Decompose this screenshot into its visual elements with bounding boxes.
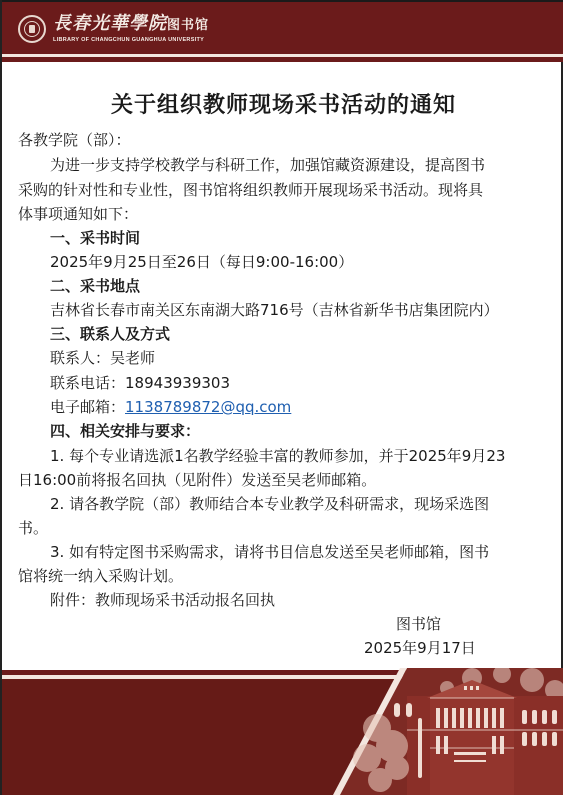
contact-phone: 联系电话：18943939303 xyxy=(50,373,230,393)
library-logo: 長春光華學院图书馆 LIBRARY OF CHANGCHUN GUANGHUA … xyxy=(18,14,209,43)
requirement-1-line-1: 1. 每个专业请选派1名教学经验丰富的教师参加，并于2025年9月23 xyxy=(50,446,505,466)
section-heading-time: 一、采书时间 xyxy=(50,228,140,248)
contact-email: 电子邮箱：1138789872@qq.com xyxy=(50,397,291,417)
section-heading-requirements: 四、相关安排与要求： xyxy=(50,421,200,441)
attachment-note: 附件：教师现场采书活动报名回执 xyxy=(50,590,275,610)
purchase-time: 2025年9月25日至26日（每日9:00-16:00） xyxy=(50,252,353,272)
purchase-location: 吉林省长春市南关区东南湖大路716号（吉林省新华书店集团院内） xyxy=(50,300,499,320)
requirement-3-line-2: 馆将统一纳入采购计划。 xyxy=(18,566,183,586)
footer-banner xyxy=(2,668,563,795)
requirement-3-line-1: 3. 如有特定图书采购需求，请将书目信息发送至吴老师邮箱，图书 xyxy=(50,542,489,562)
requirement-2-line-1: 2. 请各教学院（部）教师结合本专业教学及科研需求，现场采选图 xyxy=(50,494,489,514)
intro-line-2: 采购的针对性和专业性，图书馆将组织教师开展现场采书活动。现将具 xyxy=(18,180,483,200)
library-header-banner: 長春光華學院图书馆 LIBRARY OF CHANGCHUN GUANGHUA … xyxy=(2,0,563,54)
contact-person: 联系人：吴老师 xyxy=(50,348,155,368)
email-link[interactable]: 1138789872@qq.com xyxy=(125,398,291,416)
notice-page: 長春光華學院图书馆 LIBRARY OF CHANGCHUN GUANGHUA … xyxy=(0,0,563,795)
logo-chinese-name: 長春光華學院图书馆 xyxy=(53,14,209,36)
section-heading-location: 二、采书地点 xyxy=(50,276,140,296)
requirement-2-line-2: 书。 xyxy=(18,518,48,538)
issue-date: 2025年9月17日 xyxy=(364,638,476,658)
signature: 图书馆 xyxy=(396,614,441,634)
logo-english-name: LIBRARY OF CHANGCHUN GUANGHUA UNIVERSITY xyxy=(53,37,209,43)
page-title: 关于组织教师现场采书活动的通知 xyxy=(2,88,563,119)
intro-line-1: 为进一步支持学校教学与科研工作，加强馆藏资源建设，提高图书 xyxy=(50,155,485,175)
header-divider-dark xyxy=(2,57,563,62)
phone-number: 18943939303 xyxy=(125,374,230,392)
intro-line-3: 体事项通知如下： xyxy=(18,204,138,224)
library-building-illustration xyxy=(2,668,563,795)
requirement-1-line-2: 日16:00前将报名回执（见附件）发送至吴老师邮箱。 xyxy=(18,470,376,490)
salutation: 各教学院（部）： xyxy=(18,130,131,150)
section-heading-contact: 三、联系人及方式 xyxy=(50,324,170,344)
university-seal-icon xyxy=(18,15,46,43)
